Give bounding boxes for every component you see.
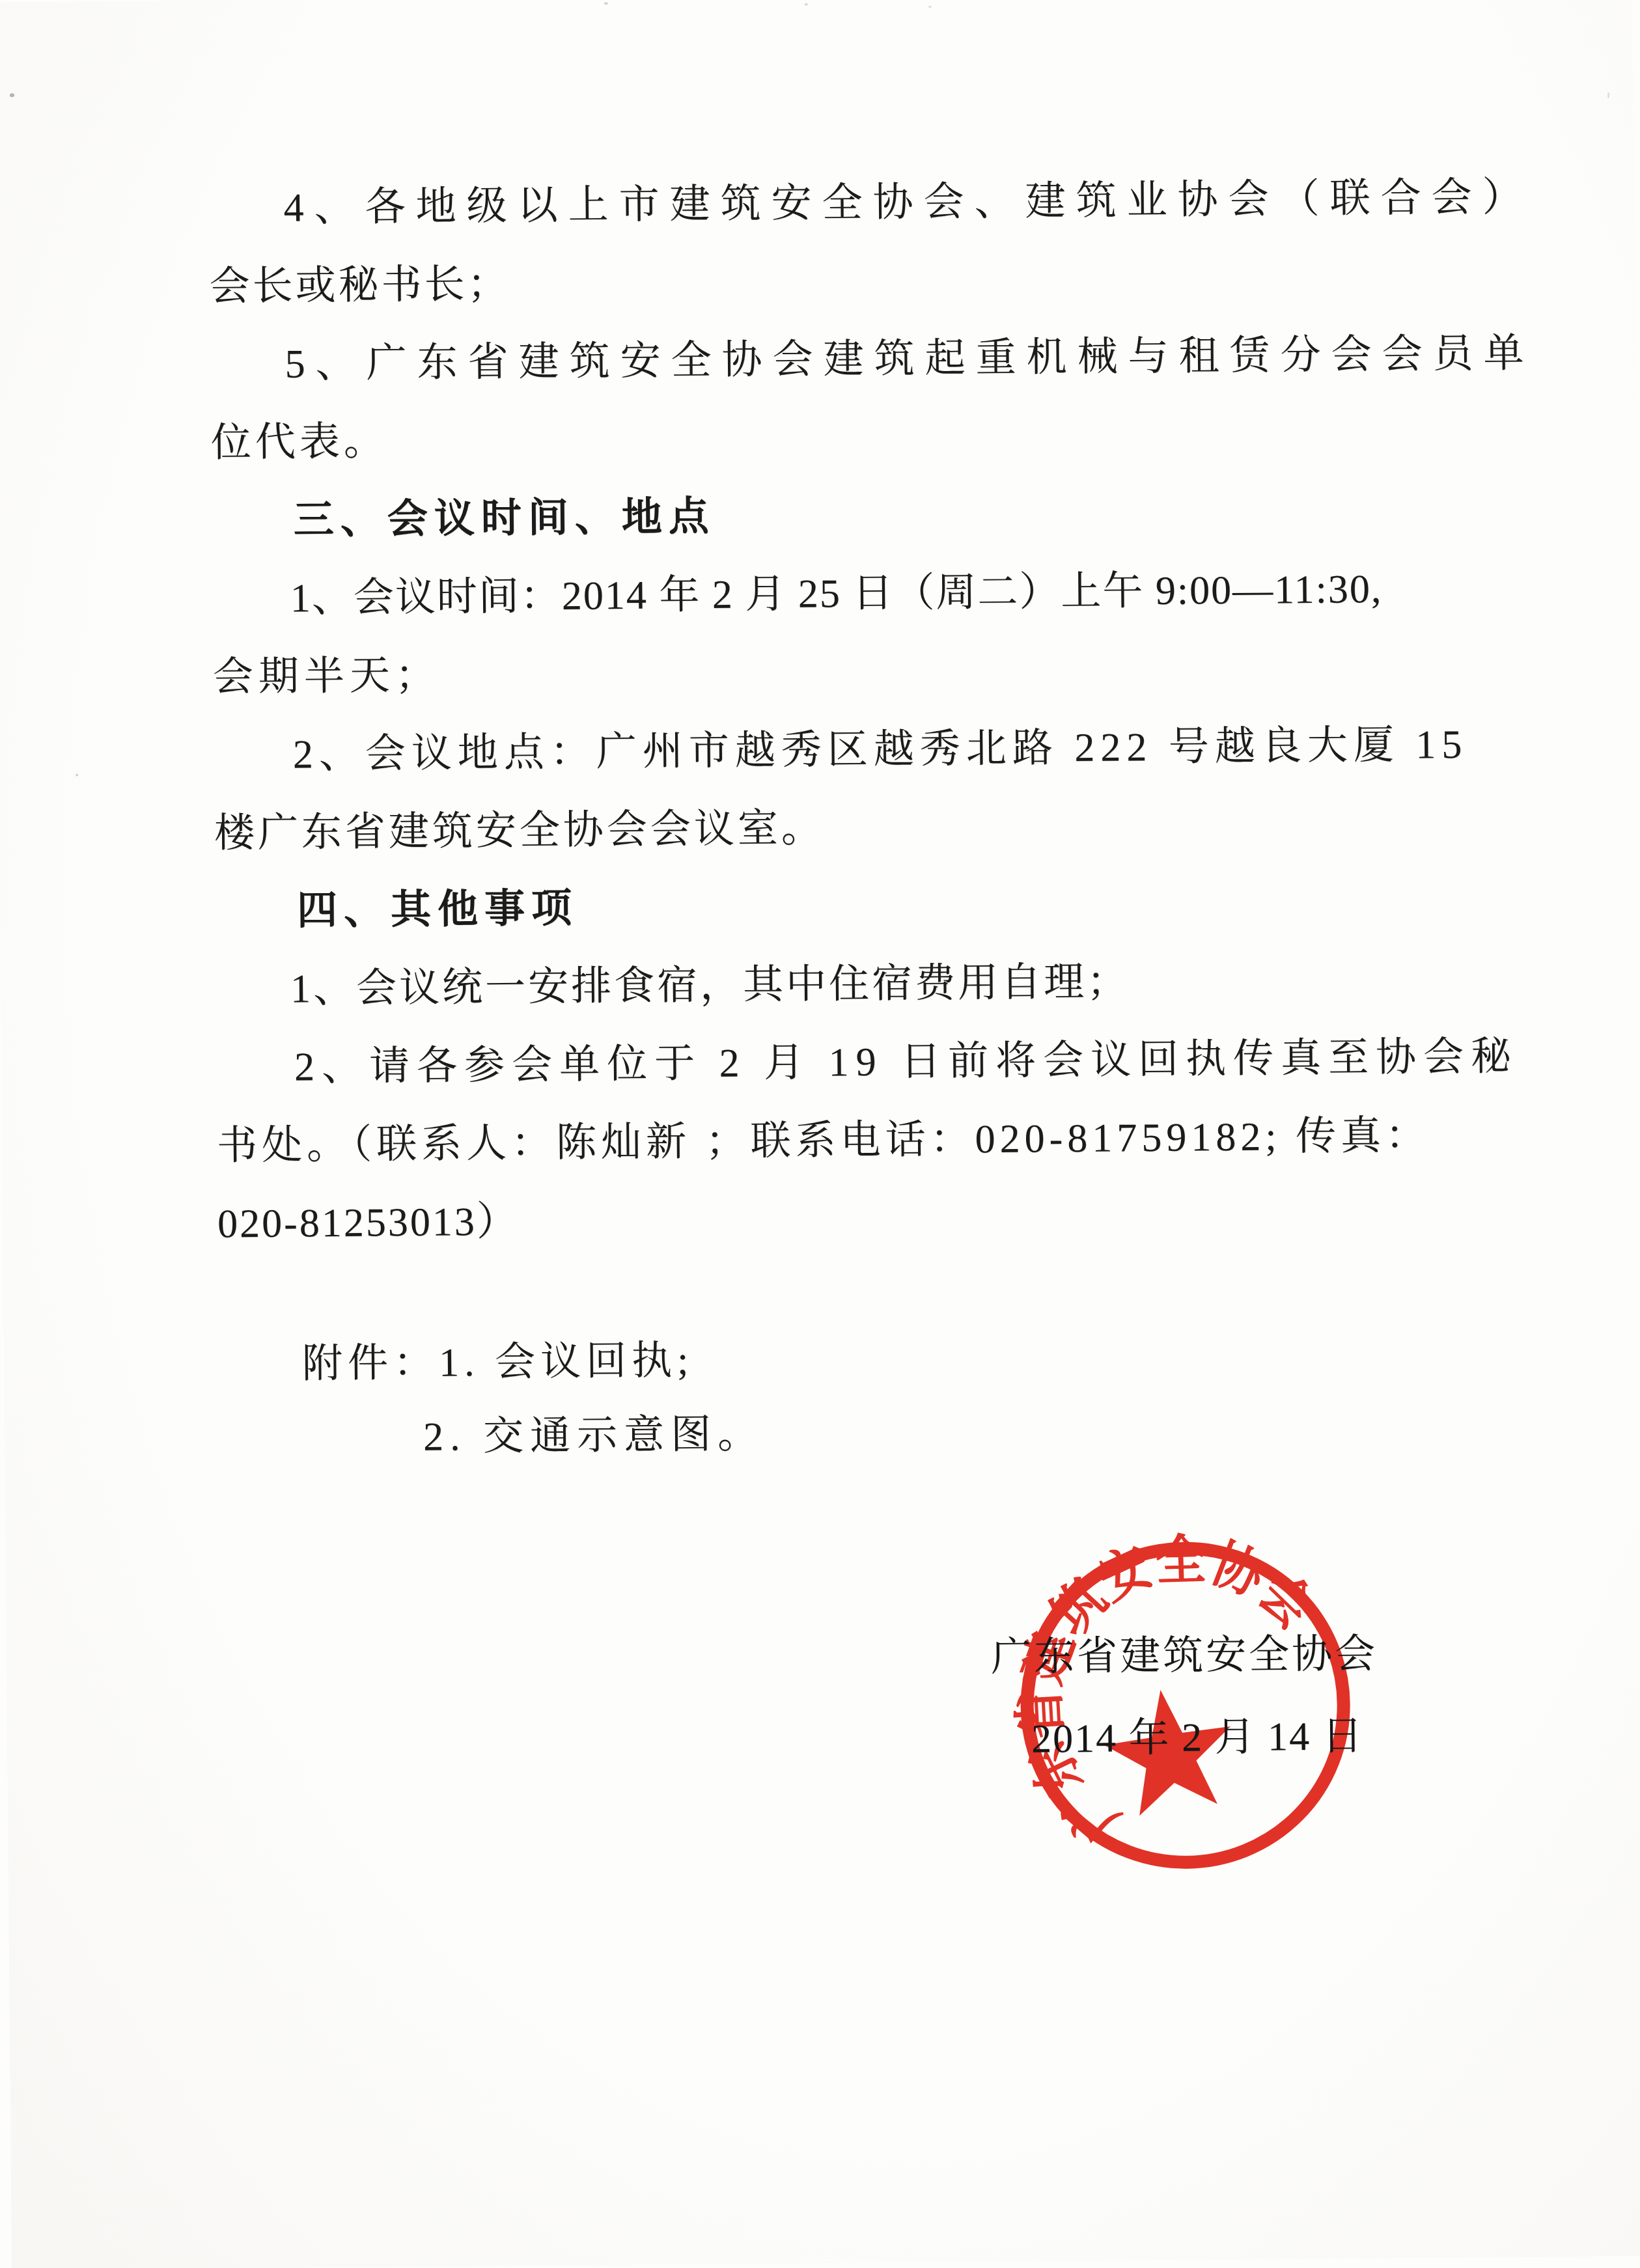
- scan-speck: [10, 93, 14, 97]
- section-heading-time-venue: 三、会议时间、地点: [293, 491, 716, 547]
- list-item-4: 4、各地级以上市建筑安全协会、建筑业协会（联合会）: [283, 171, 1533, 234]
- meeting-time-continuation: 会期半天；: [213, 650, 441, 704]
- scan-speck: [1607, 92, 1609, 98]
- scan-speck: [928, 6, 932, 8]
- list-item-4-continuation: 会长或秘书长；: [209, 258, 510, 313]
- fax-number-line: 020-81253013）: [217, 1196, 519, 1251]
- meeting-time-line: 1、会议时间：2014 年 2 月 25 日（周二）上午 9:00—11:30,: [290, 563, 1382, 625]
- list-item-5: 5、广东省建筑安全协会建筑起重机械与租赁分会会员单: [285, 327, 1535, 391]
- list-item-5-continuation: 位代表。: [210, 415, 388, 469]
- signature-organization: 广东省建筑安全协会: [991, 1628, 1378, 1683]
- section-heading-other-matters: 四、其他事项: [297, 883, 579, 937]
- attachments-line-2: 2. 交通示意图。: [423, 1408, 765, 1463]
- meeting-venue-line: 2、会议地点：广州市越秀区越秀北路 222 号越良大厦 15: [293, 719, 1468, 781]
- scan-speck: [76, 773, 78, 776]
- other-matters-item-2: 2、请各参会单位于 2 月 19 日前将会议回执传真至协会秘: [294, 1030, 1519, 1093]
- signature-date: 2014 年 2 月 14 日: [1031, 1710, 1364, 1765]
- scanned-document-page: 4、各地级以上市建筑安全协会、建筑业协会（联合会） 会长或秘书长； 5、广东省建…: [0, 0, 1640, 2268]
- attachments-line-1: 附件：1. 会议回执;: [302, 1335, 694, 1390]
- scan-speck: [604, 2, 608, 5]
- other-matters-item-2-continuation: 书处。（联系人：陈灿新 ；联系电话：020-81759182; 传真：: [217, 1109, 1431, 1172]
- meeting-venue-continuation: 楼广东省建筑安全协会会议室。: [214, 802, 826, 859]
- other-matters-item-1: 1、会议统一安排食宿，其中住宿费用自理；: [290, 956, 1130, 1015]
- scan-speck: [805, 3, 808, 6]
